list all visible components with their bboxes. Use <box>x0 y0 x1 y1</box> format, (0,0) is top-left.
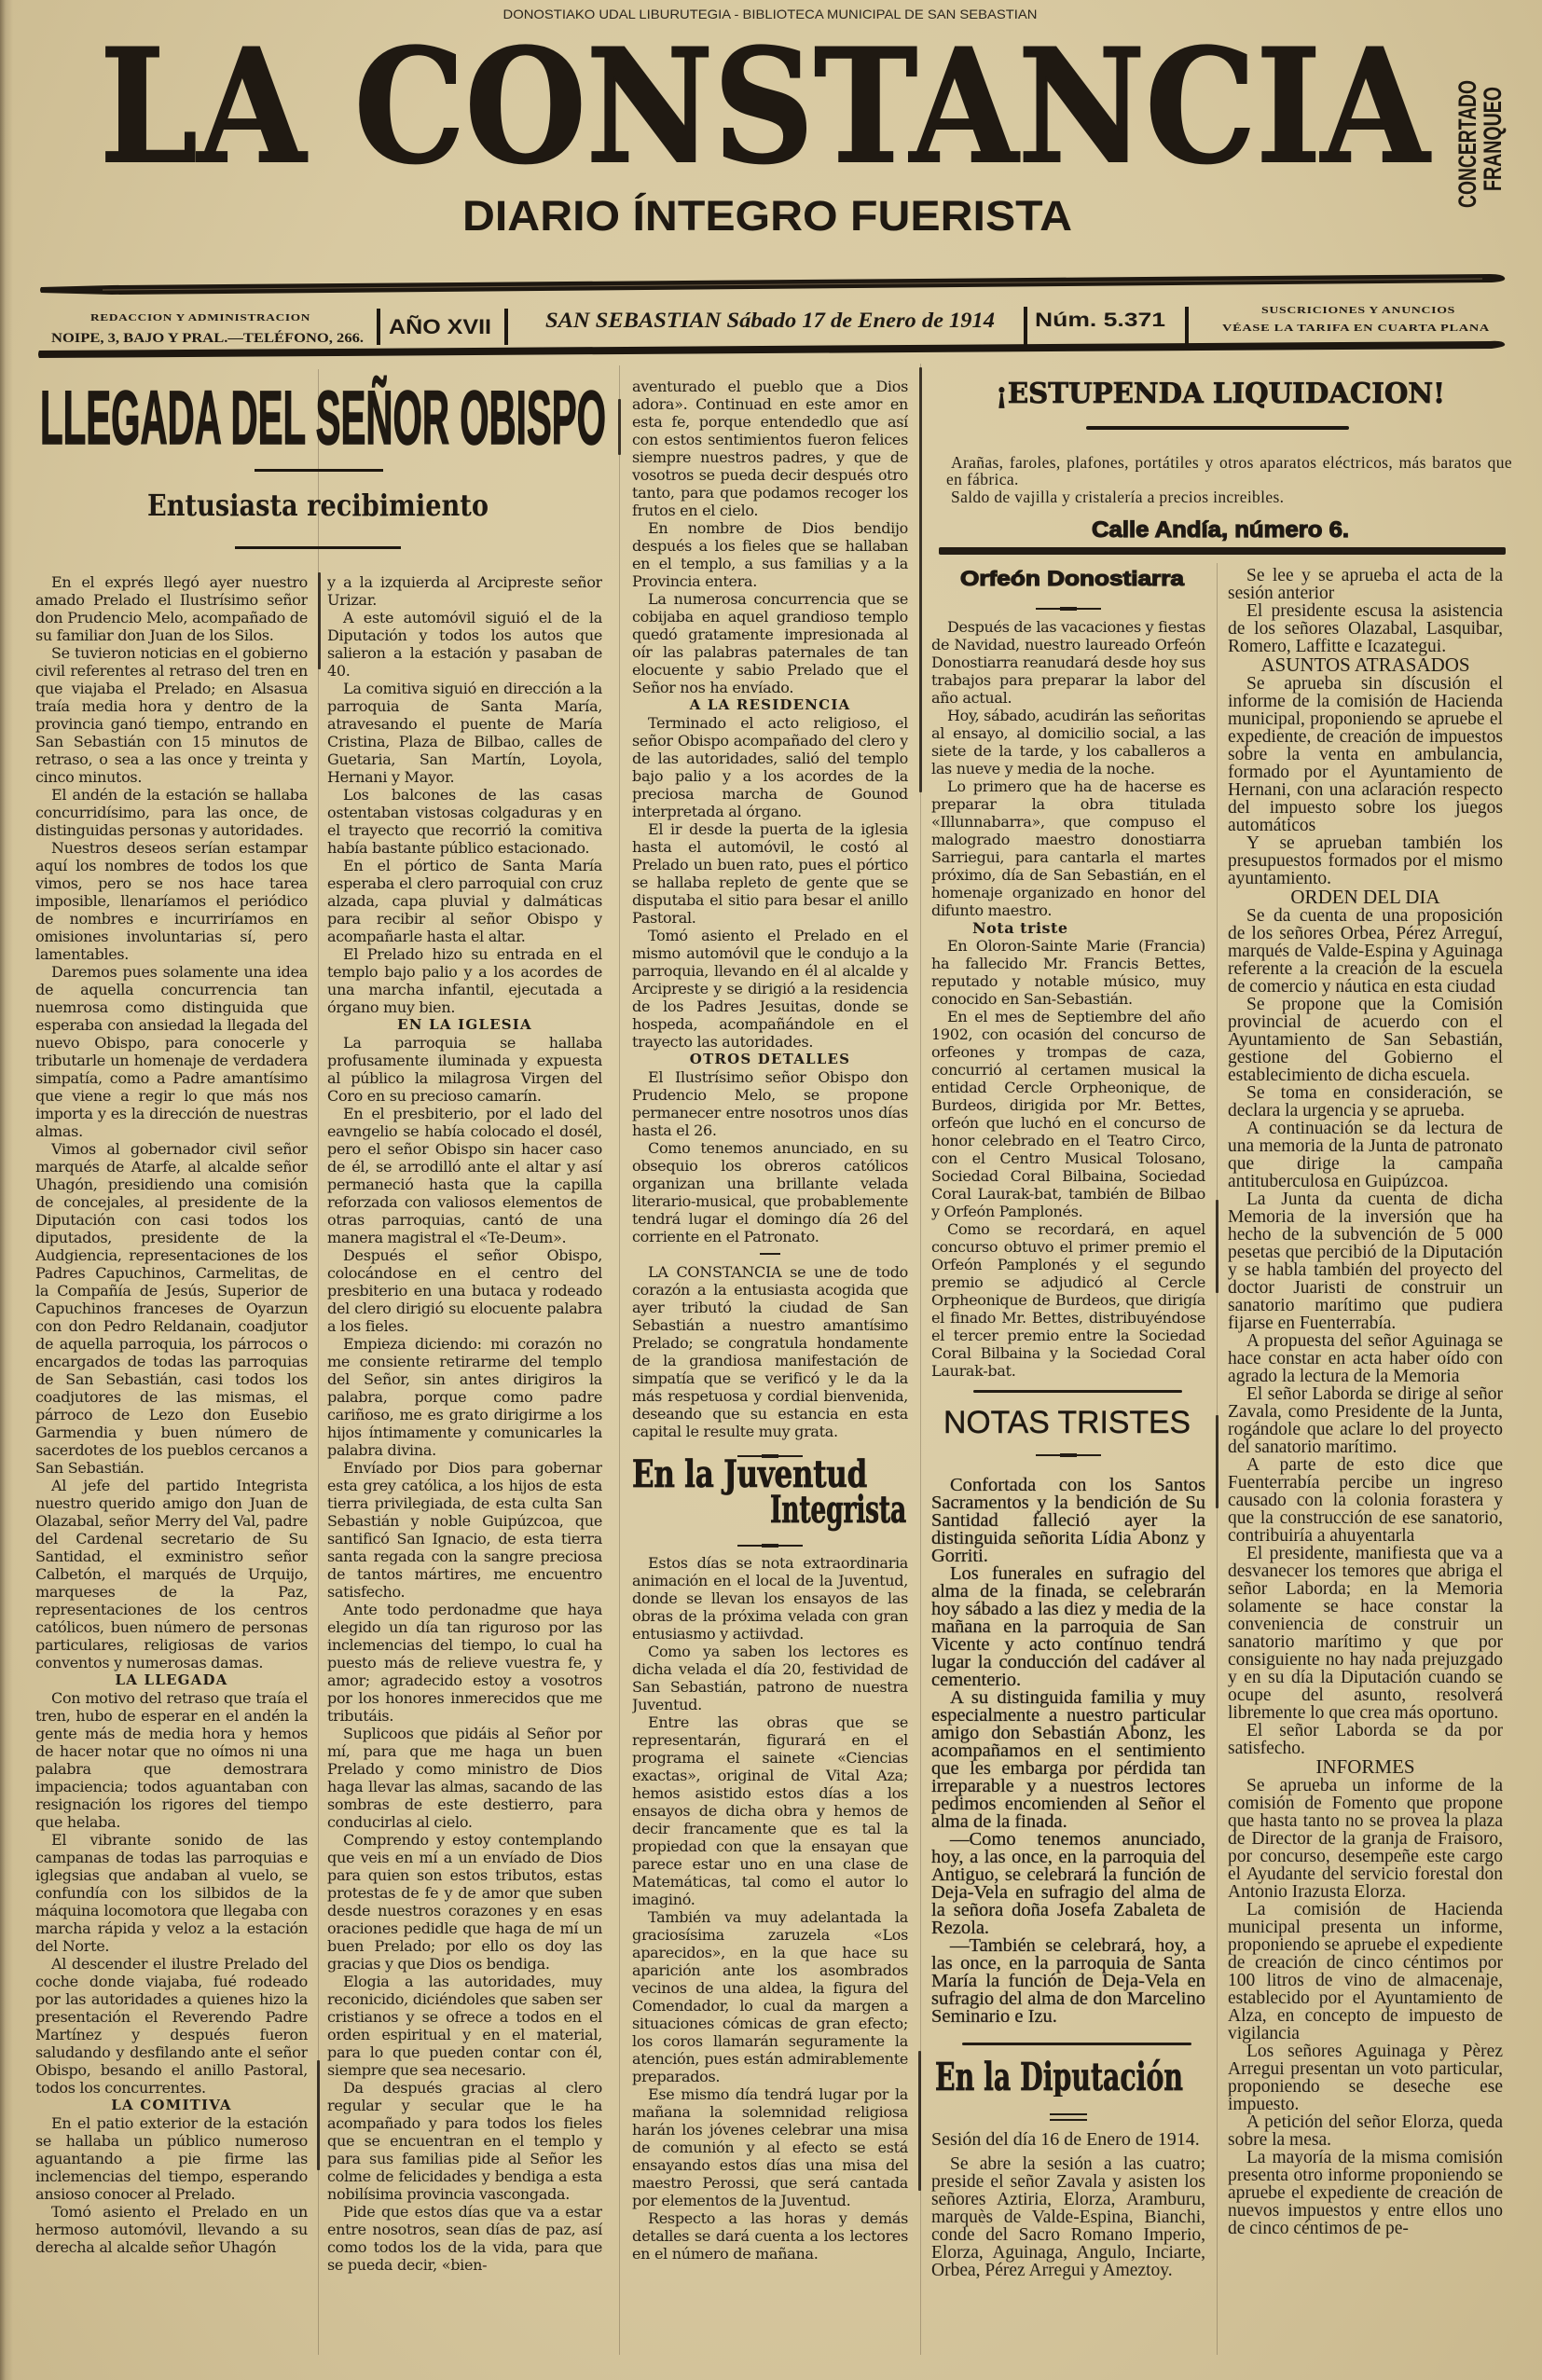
postage-label-franqueo: FRANQUEO <box>1479 87 1507 191</box>
paragraph: Al jefe del partido Integrista nuestro q… <box>35 1477 308 1672</box>
newspaper-page: DONOSTIAKO UDAL LIBURUTEGIA - BIBLIOTECA… <box>0 0 1542 2380</box>
paragraph: Lo primero que ha de hacerse es preparar… <box>931 777 1205 919</box>
ad-headline: ¡ESTUPENDA LIQUIDACION! <box>996 378 1445 410</box>
paragraph: A petición del señor Elorza, queda sobre… <box>1228 2113 1503 2149</box>
paragraph: En el pórtico de Santa María esperaba el… <box>327 857 602 945</box>
paragraph: A este automóvil siguió el de la Diputac… <box>327 609 602 680</box>
paragraph: Ese mismo día tendrá lugar por la mañana… <box>632 2085 908 2209</box>
paragraph: La comitiva siguió en dirección a la par… <box>327 680 602 786</box>
paragraph: Los señores Aguinaga y Pèrez Arregui pre… <box>1228 2043 1503 2113</box>
lead-article-column-3: aventurado el pueblo que a Dios adora». … <box>632 378 908 1440</box>
paragraph: El Ilustrísimo señor Obispo don Prudenci… <box>632 1068 908 1139</box>
paragraph: En Oloron-Sainte Marie (Francia) ha fall… <box>931 937 1205 1008</box>
paragraph: Con motivo del retraso que traía el tren… <box>35 1689 308 1831</box>
paragraph: Como tenemos anunciado, en su obsequio l… <box>632 1139 908 1245</box>
paragraph: Saldo de vajilla y cristalería a precios… <box>946 489 1512 506</box>
subscriptions-note: VÉASE LA TARIFA EN CUARTA PLANA <box>1222 323 1490 334</box>
paragraph: También va muy adelantada la graciosísim… <box>632 1908 908 2085</box>
section-heading: ASUNTOS ATRASADOS <box>1228 655 1503 675</box>
subscriptions-label: SUSCRICIONES Y ANUNCIOS <box>1261 306 1455 316</box>
paragraph: —Como tenemos anunciado, hoy, a las once… <box>931 1831 1205 1937</box>
section-heading: Nota triste <box>931 919 1205 937</box>
paragraph: Hoy, sábado, acudirán las señoritas al e… <box>931 707 1205 777</box>
paragraph: La mayoría de la misma comisión presenta… <box>1228 2149 1503 2237</box>
paragraph: En el patio exterior de la estación se h… <box>35 2114 308 2203</box>
paragraph: Empieza diciendo: mi corazón no me consi… <box>327 1335 602 1459</box>
paragraph: A continuación se da lectura de una memo… <box>1228 1120 1503 1190</box>
orfeon-headline: Orfeón Donostiarra <box>960 567 1185 590</box>
ad-body: Arañas, faroles, plafones, portátiles y … <box>946 455 1512 506</box>
paragraph: En el presbiterio, por el lado del eavng… <box>327 1105 602 1246</box>
diputacion-headline-svg: En la Diputación <box>931 2052 1205 2097</box>
paragraph: Se tuvieron noticias en el gobierno civi… <box>35 644 308 786</box>
paragraph: Se da cuenta de una proposición de los s… <box>1228 907 1503 996</box>
notas-tristes-body: Confortada con los Santos Sacramentos y … <box>931 1477 1205 2026</box>
orfeon-headline-svg: Orfeón Donostiarra <box>931 563 1205 595</box>
notas-tristes-headline-svg: NOTAS TRISTES <box>931 1402 1205 1439</box>
paragraph: El Prelado hizo su entrada en el templo … <box>327 945 602 1016</box>
ad-rule <box>1086 426 1349 430</box>
paragraph-continued: aventurado el pueblo que a Dios adora». … <box>632 378 908 519</box>
year-volume: AÑO XVII <box>389 315 491 338</box>
paragraph-continued: y a la izquierda al Arcipreste señor Uri… <box>327 573 602 609</box>
paragraph: Después el señor Obispo, colocándose en … <box>327 1246 602 1335</box>
paragraph: El vibrante sonido de las campanas de to… <box>35 1831 308 1955</box>
ad-address: Calle Andía, número 6. <box>1092 517 1349 543</box>
paragraph: La parroquia se hallaba profusamente ilu… <box>327 1034 602 1105</box>
paragraph: Da después gracias al clero regular y se… <box>327 2079 602 2203</box>
masthead-area: DONOSTIAKO UDAL LIBURUTEGIA - BIBLIOTECA… <box>0 0 1542 365</box>
paragraph: Se aprueba sin díscusión el informe de l… <box>1228 675 1503 834</box>
notas-tristes-headline: NOTAS TRISTES <box>943 1405 1191 1439</box>
paragraph: El presidente escusa la asistencia de lo… <box>1228 602 1503 655</box>
column-4: Orfeón Donostiarra Después de las vacaci… <box>931 563 1205 2380</box>
paragraph: Entre las obras que se representarán, fi… <box>632 1713 908 1908</box>
column-1: En el exprés llegó ayer nuestro amado Pr… <box>35 573 308 2380</box>
section-heading: LA LLEGADA <box>35 1672 308 1689</box>
paragraph: Se abre la sesión a las cuatro; preside … <box>931 2155 1205 2279</box>
paragraph: Suplicoos que pidáis al Señor por mí, pa… <box>327 1725 602 1831</box>
diputacion-column-4-body: Se abre la sesión a las cuatro; preside … <box>931 2155 1205 2279</box>
diputacion-column-5-body: Se lee y se aprueba el acta de la sesión… <box>1228 567 1503 2237</box>
column-rule-heavy <box>919 367 922 792</box>
paragraph: La Junta da cuenta de dicha Memoria de l… <box>1228 1190 1503 1332</box>
paragraph: Se propone que la Comisión provincial de… <box>1228 996 1503 1084</box>
paragraph: Se lee y se aprueba el acta de la sesión… <box>1228 567 1503 602</box>
ad-headline-svg: ¡ESTUPENDA LIQUIDACION! <box>932 369 1512 434</box>
paragraph: Ante todo perdonadme que haya elegido un… <box>327 1601 602 1725</box>
lead-article-column-2: y a la izquierda al Arcipreste señor Uri… <box>327 573 602 2274</box>
section-heading: OTROS DETALLES <box>632 1051 908 1068</box>
section-heading: A LA RESIDENCIA <box>632 696 908 714</box>
column-rule-heavy <box>317 2060 320 2170</box>
paragraph: A parte de esto dice que Fuenterrabía pe… <box>1228 1456 1503 1545</box>
paragraph: Elogia a las autoridades, muy reconicido… <box>327 1973 602 2079</box>
masthead-rule-top <box>40 274 1505 295</box>
issue-number: Núm. 5.371 <box>1035 310 1165 331</box>
paragraph: La numerosa concurrencia que se cobijaba… <box>632 590 908 696</box>
advertisement: ¡ESTUPENDA LIQUIDACION! Arañas, faroles,… <box>932 369 1512 561</box>
juventud-headline-line2: Integrista <box>770 1488 906 1532</box>
ornament-double-rule <box>931 2097 1205 2131</box>
paragraph: En el exprés llegó ayer nuestro amado Pr… <box>35 573 308 644</box>
paragraph: Se aprueba un informe de la comisión de … <box>1228 1777 1503 1901</box>
paragraph: Como ya saben los lectores es dicha vela… <box>632 1643 908 1713</box>
ornament-rule <box>931 595 1205 618</box>
paragraph: Después de las vacaciones y fiestas de N… <box>931 618 1205 707</box>
orfeon-article-body: Después de las vacaciones y fiestas de N… <box>931 618 1205 1380</box>
paragraph: En el mes de Septiembre del año 1902, co… <box>931 1008 1205 1220</box>
column-3: aventurado el pueblo que a Dios adora». … <box>632 378 908 2380</box>
juventud-headline: En la Juventud Integrista <box>632 1453 908 1532</box>
lead-article-column-1: En el exprés llegó ayer nuestro amado Pr… <box>35 573 308 2256</box>
column-rule-heavy <box>318 572 321 669</box>
paragraph: Al descender el ilustre Prelado del coch… <box>35 1955 308 2097</box>
column-rule <box>619 365 620 2355</box>
ornament-rule <box>632 1532 908 1554</box>
section-heading: INFORMES <box>1228 1757 1503 1777</box>
paragraph: A propuesta del señor Aguinaga se hace c… <box>1228 1332 1503 1385</box>
paragraph: LA CONSTANCIA se une de todo corazón a l… <box>632 1263 908 1440</box>
paragraph: Los balcones de las casas ostentaban vis… <box>327 786 602 857</box>
paragraph: Como se recordará, en aquel concurso obt… <box>931 1220 1205 1380</box>
short-divider <box>632 1245 908 1263</box>
paragraph: El señor Laborda se da por satisfecho. <box>1228 1722 1503 1757</box>
paragraph: Pide que estos días que va a estar entre… <box>327 2203 602 2274</box>
ad-bottom-rule <box>939 547 1506 555</box>
paragraph: Confortada con los Santos Sacramentos y … <box>931 1477 1205 1565</box>
paragraph: Los funerales en sufragio del alma de la… <box>931 1565 1205 1689</box>
section-rule <box>931 2026 1205 2052</box>
column-rule-heavy <box>918 2051 921 2191</box>
paragraph: Tomó asiento el Prelado en el mismo auto… <box>632 927 908 1051</box>
newspaper-title: LA CONSTANCIA <box>100 14 1431 199</box>
info-bar: REDACCION Y ADMINISTRACION NOIPE, 3, BAJ… <box>51 306 1490 346</box>
section-heading: ORDEN DEL DIA <box>1228 887 1503 907</box>
info-divider <box>504 309 508 345</box>
column-rule-heavy <box>1216 1415 1218 1508</box>
headline-rule <box>255 469 383 472</box>
paragraph: La comisión de Hacienda municipal presen… <box>1228 1901 1503 2043</box>
column-5: Se lee y se aprueba el acta de la sesión… <box>1228 567 1503 2380</box>
paragraph: En nombre de Dios bendijo después a los … <box>632 519 908 590</box>
paragraph: —También se celebrará, hoy, a las once, … <box>931 1937 1205 2026</box>
paragraph: Respecto a las horas y demás detalles se… <box>632 2209 908 2263</box>
newspaper-subtitle: DIARIO ÍNTEGRO FUERISTA <box>462 192 1072 240</box>
section-heading: EN LA IGLESIA <box>327 1016 602 1034</box>
article-separator <box>632 1440 908 1453</box>
office-address: NOIPE, 3, BAJO Y PRAL.—TELÉFONO, 266. <box>51 330 364 346</box>
paragraph: Envíado por Dios para gobernar esta grey… <box>327 1459 602 1601</box>
column-rule-heavy <box>1216 1200 1218 1293</box>
office-label: REDACCION Y ADMINISTRACION <box>90 313 310 323</box>
ornament-rule <box>931 1439 1205 1477</box>
info-divider <box>1185 307 1189 345</box>
column-2: y a la izquierda al Arcipreste señor Uri… <box>327 573 602 2380</box>
section-rule <box>931 1380 1205 1402</box>
postage-label-concertado: CONCERTADO <box>1453 80 1481 208</box>
lead-article-header: LLEGADA DEL SEÑOR OBISPO Entusiasta reci… <box>35 373 613 559</box>
ad-lines: Arañas, faroles, plafones, portátiles y … <box>946 455 1512 506</box>
paragraph: Tomó asiento el Prelado en un hermoso au… <box>35 2203 308 2256</box>
section-heading: LA COMITIVA <box>35 2097 308 2114</box>
dateline: SAN SEBASTIAN Sábado 17 de Enero de 1914 <box>545 309 995 332</box>
column-rule-heavy <box>618 399 621 455</box>
subheadline-rule <box>235 546 401 549</box>
paragraph: Daremos pues solamente una idea de aquel… <box>35 963 308 1140</box>
diputacion-headline: En la Diputación <box>935 2055 1183 2097</box>
paragraph: Se toma en consideración, se declara la … <box>1228 1084 1503 1120</box>
paragraph: El señor Laborda se dirige al señor Zava… <box>1228 1385 1503 1456</box>
paragraph: Estos días se nota extraordinaria animac… <box>632 1554 908 1643</box>
paragraph: Comprendo y estoy contemplando que veis … <box>327 1831 602 1973</box>
paragraph: Nuestros deseos serían estampar aquí los… <box>35 839 308 963</box>
lead-subheadline: Entusiasta recibimiento <box>147 488 489 523</box>
paragraph: Vimos al gobernador civil señor marqués … <box>35 1140 308 1477</box>
info-divider <box>1024 307 1027 345</box>
lead-headline: LLEGADA DEL SEÑOR OBISPO <box>40 376 606 461</box>
paragraph: Y se aprueban también los presupuestos f… <box>1228 834 1503 887</box>
session-dateline: Sesión del día 16 de Enero de 1914. <box>931 2131 1205 2149</box>
paragraph: El ir desde la puerta de la iglesia hast… <box>632 820 908 927</box>
paragraph: Arañas, faroles, plafones, portátiles y … <box>946 455 1512 488</box>
paragraph: Terminado el acto religioso, el señor Ob… <box>632 714 908 820</box>
paragraph: A su distinguida familia y muy especialm… <box>931 1689 1205 1831</box>
info-divider <box>377 309 380 345</box>
paragraph: El andén de la estación se hallaba concu… <box>35 786 308 839</box>
juventud-article-body: Estos días se nota extraordinaria animac… <box>632 1554 908 2263</box>
ad-address-svg: Calle Andía, número 6. <box>932 511 1512 548</box>
paragraph: El presidente, manifiesta que va a desva… <box>1228 1545 1503 1722</box>
